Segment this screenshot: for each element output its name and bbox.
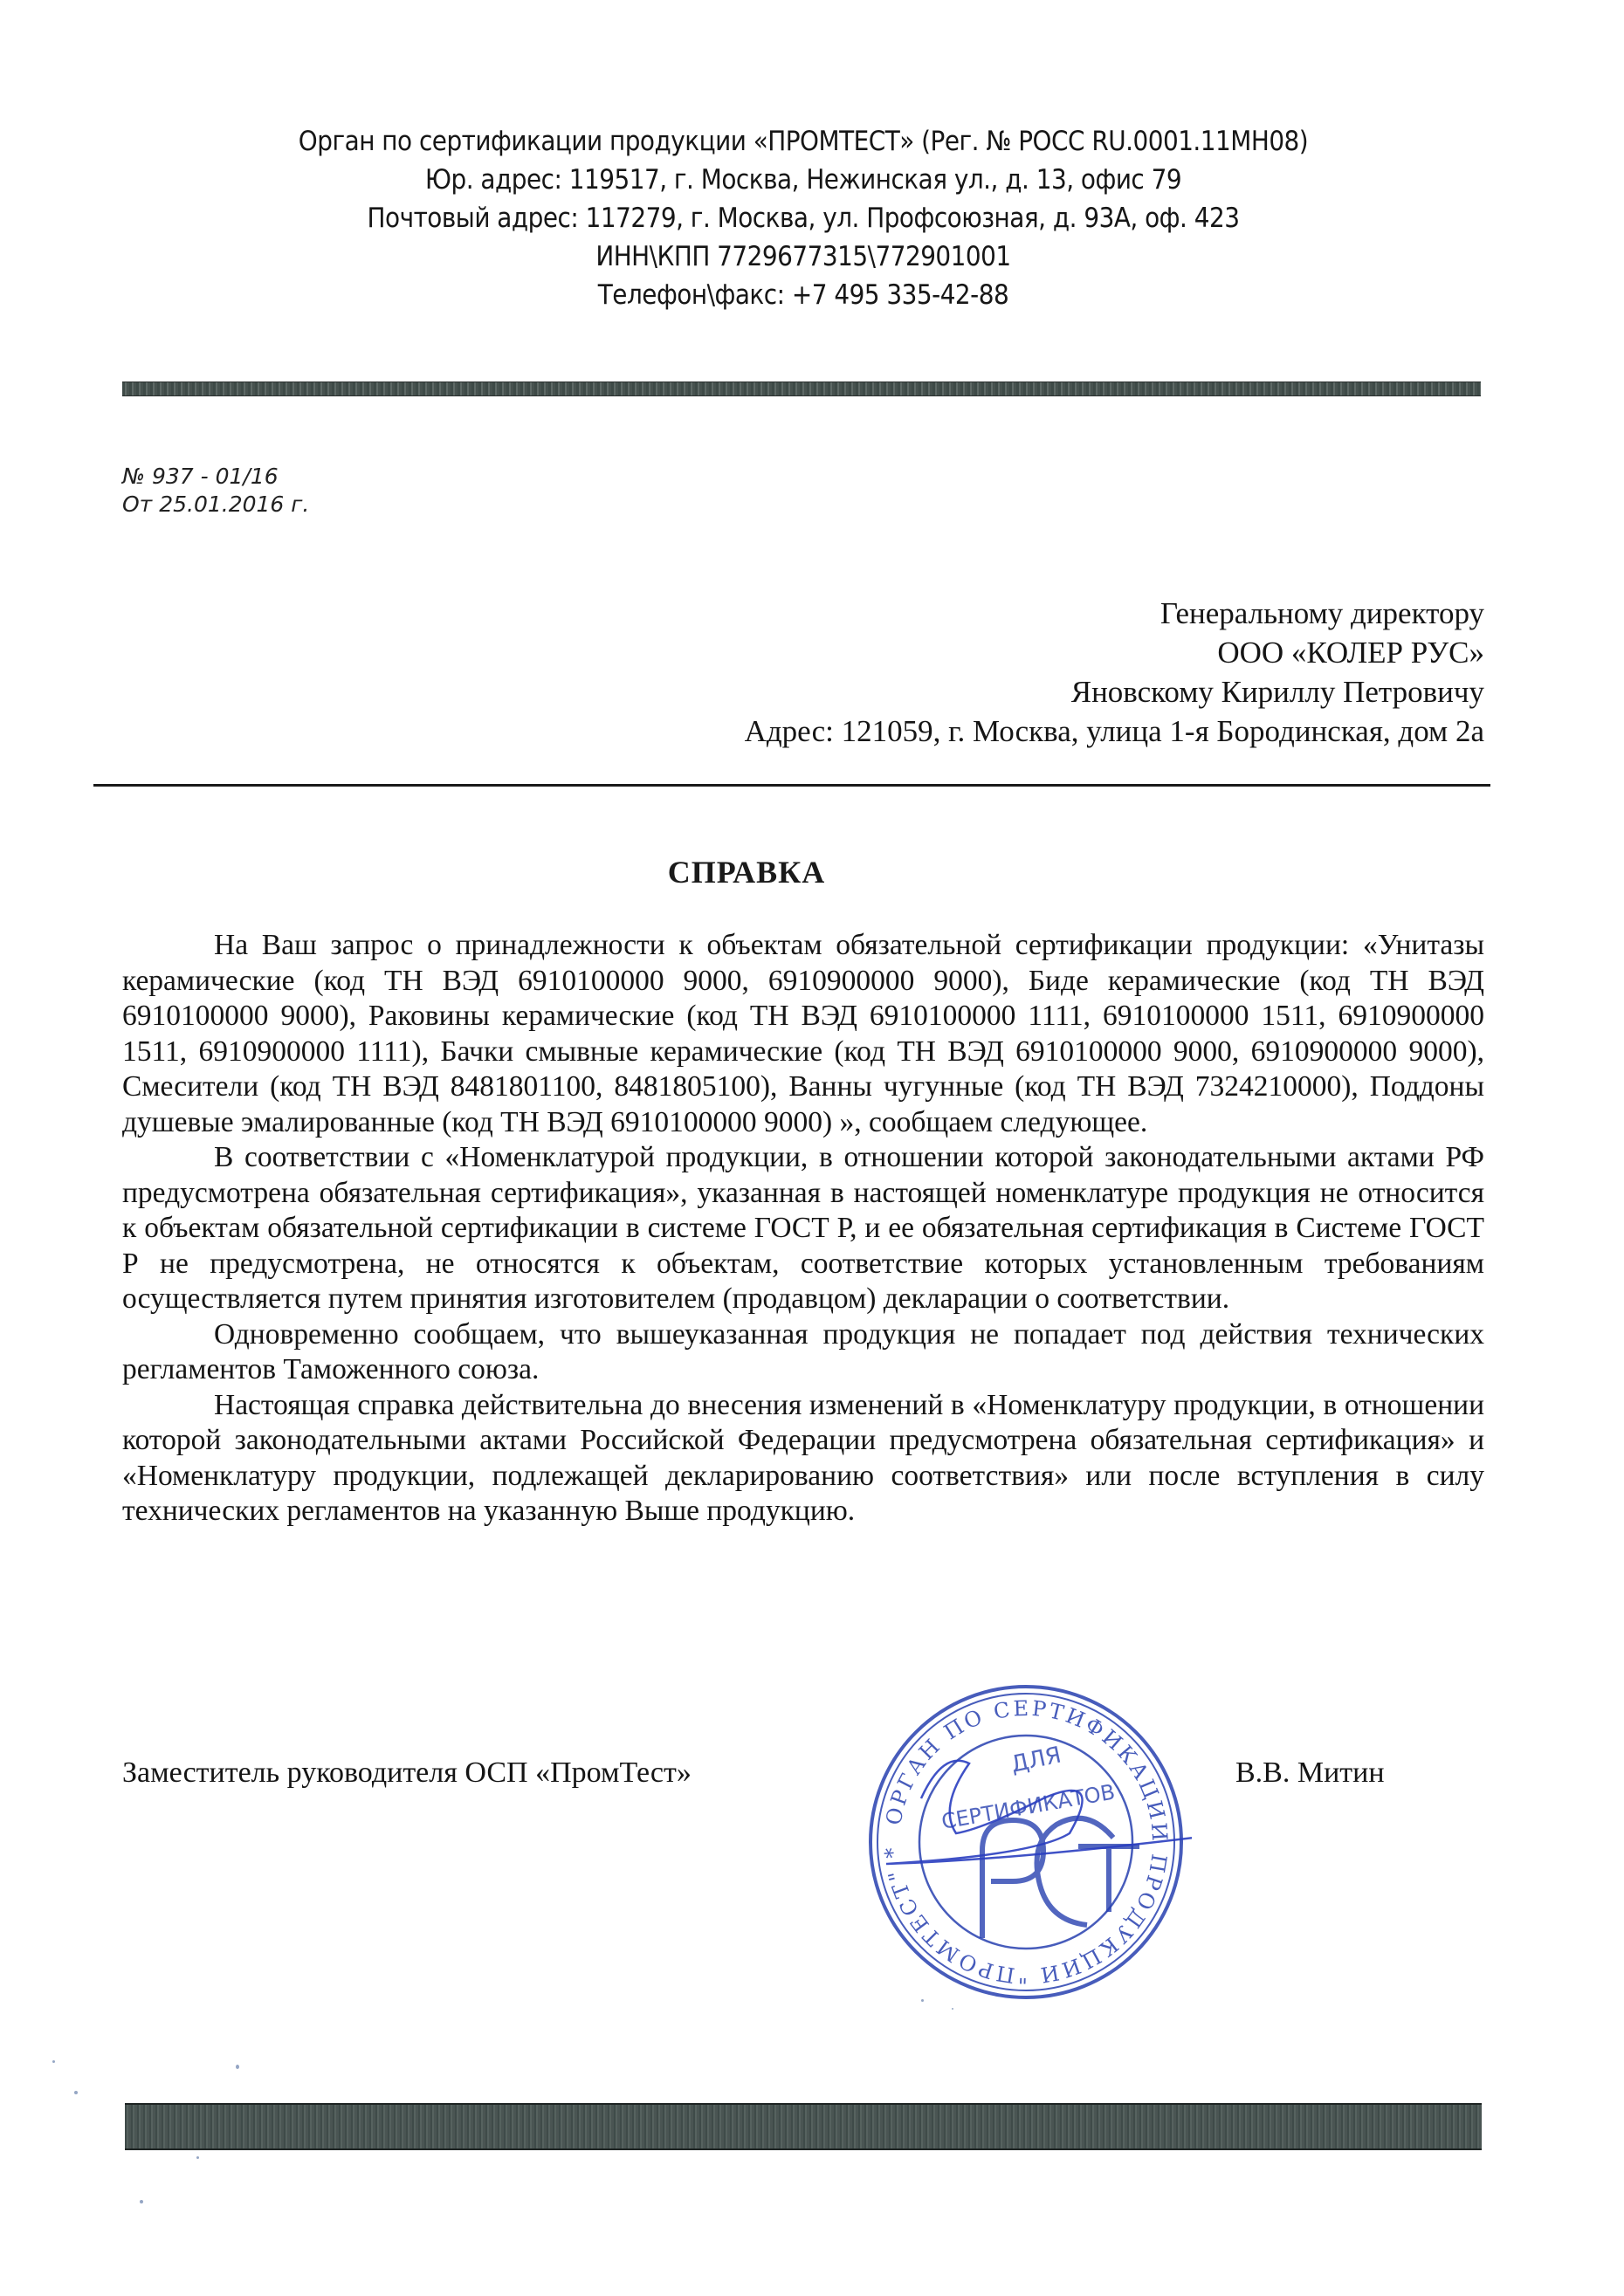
document-reference: № 937 - 01/16 От 25.01.2016 г. — [122, 463, 309, 519]
body-paragraph: Настоящая справка действительна до внесе… — [122, 1388, 1484, 1530]
signatory-name: В.В. Митин — [1235, 1756, 1385, 1790]
svg-text:ДЛЯ: ДЛЯ — [1008, 1742, 1063, 1777]
document-title: СПРАВКА — [0, 854, 1493, 890]
letterhead-postal-address: Почтовый адрес: 117279, г. Москва, ул. П… — [122, 199, 1484, 237]
body-paragraph: Одновременно сообщаем, что вышеуказанная… — [122, 1317, 1484, 1388]
letterhead-org-name: Орган по сертификации продукции «ПРОМТЕС… — [122, 122, 1484, 161]
letterhead-phone-fax: Телефон\факс: +7 495 335-42-88 — [122, 276, 1484, 314]
document-number: № 937 - 01/16 — [122, 463, 309, 491]
addressee-address: Адрес: 121059, г. Москва, улица 1-я Боро… — [745, 711, 1484, 751]
addressee-separator-line — [93, 784, 1490, 787]
letterhead-legal-address: Юр. адрес: 119517, г. Москва, Нежинская … — [122, 161, 1484, 199]
addressee-name: Яновскому Кириллу Петровичу — [745, 672, 1484, 711]
signature-row: Заместитель руководителя ОСП «ПромТест» … — [122, 1756, 1432, 1800]
letterhead: Орган по сертификации продукции «ПРОМТЕС… — [122, 122, 1484, 314]
body-paragraph: В соответствии с «Номенклатурой продукци… — [122, 1140, 1484, 1317]
letterhead-inn-kpp: ИНН\КПП 7729677315\772901001 — [122, 237, 1484, 276]
certification-stamp-icon: ОРГАН ПО СЕРТИФИКАЦИИ ПРОДУКЦИИ "ПРОМТЕС… — [860, 1676, 1192, 2008]
signatory-position: Заместитель руководителя ОСП «ПромТест» — [122, 1756, 692, 1790]
footer-divider-bar — [125, 2103, 1482, 2150]
addressee-company: ООО «КОЛЕР РУС» — [745, 633, 1484, 672]
document-body: На Ваш запрос о принадлежности к объекта… — [122, 928, 1484, 1530]
document-page: Орган по сертификации продукции «ПРОМТЕС… — [0, 0, 1624, 2296]
body-paragraph: На Ваш запрос о принадлежности к объекта… — [122, 928, 1484, 1140]
header-divider-bar — [122, 382, 1481, 396]
addressee-title: Генеральному директору — [745, 594, 1484, 633]
document-date: От 25.01.2016 г. — [122, 491, 309, 519]
addressee-block: Генеральному директору ООО «КОЛЕР РУС» Я… — [745, 594, 1484, 751]
